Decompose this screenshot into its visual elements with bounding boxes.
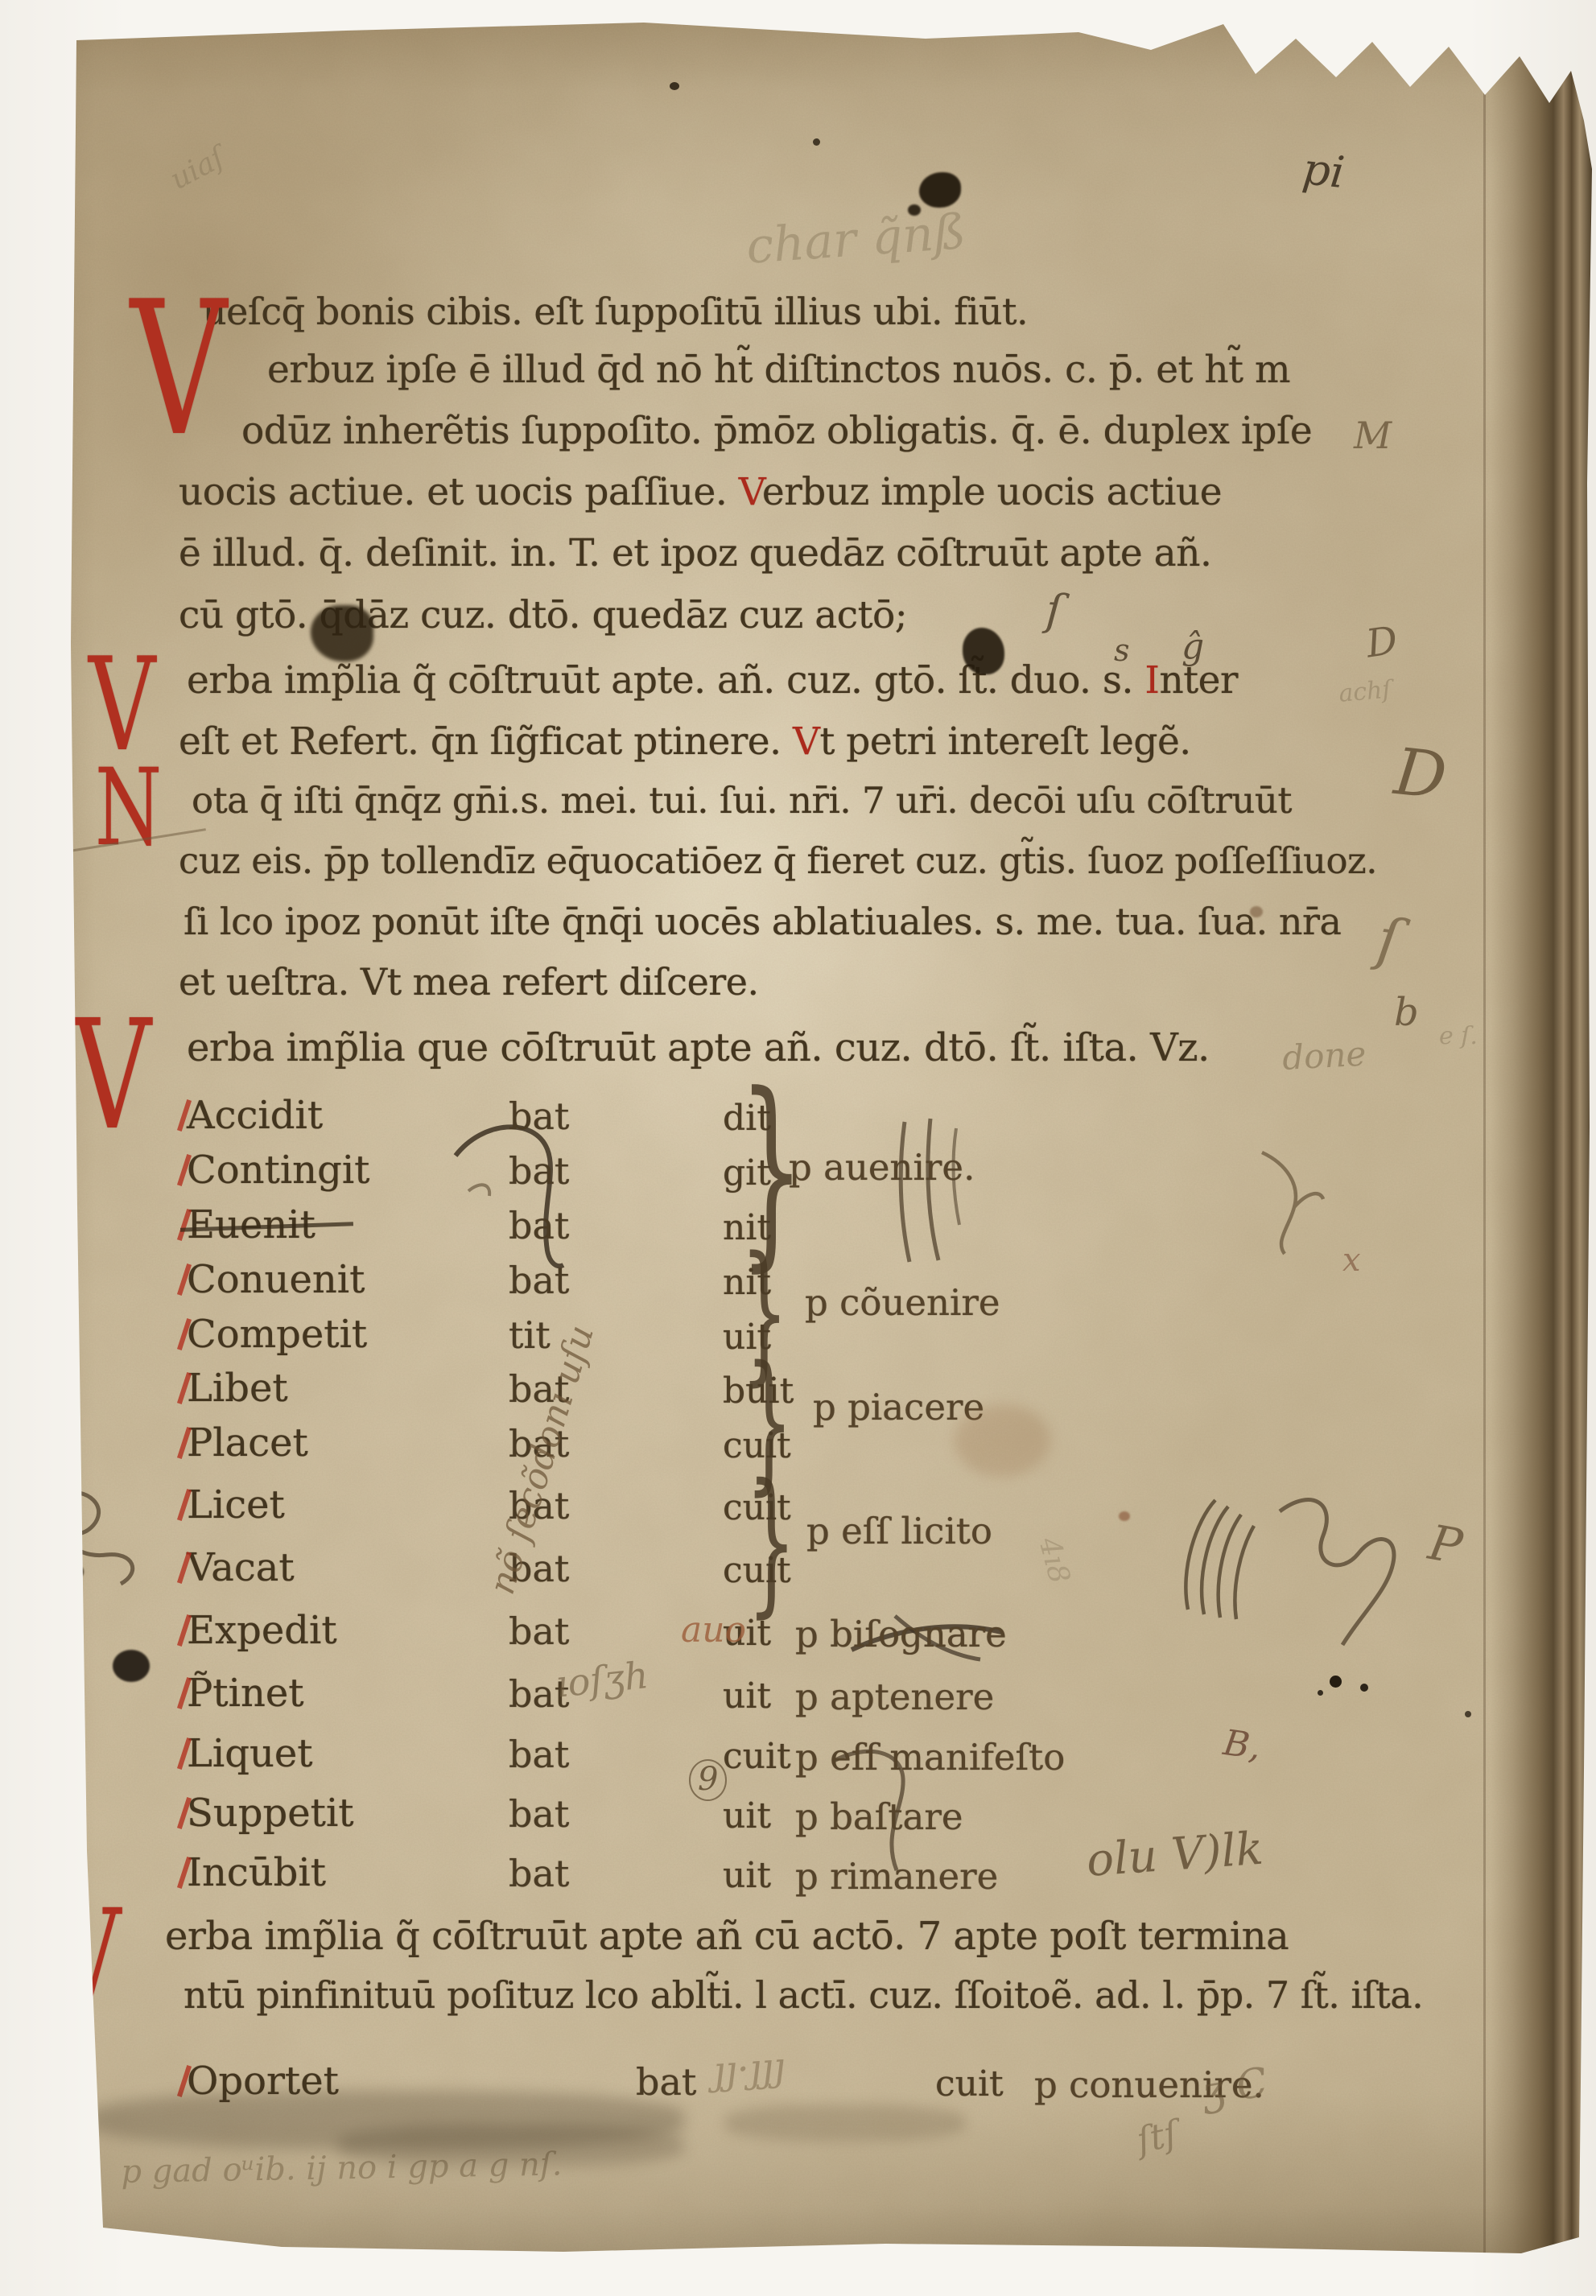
brace-euenire-gloss: p auenire. — [789, 1146, 975, 1189]
line-11: ſi lco ipoz ponūt iſte q̄nq̄i uocēs abla… — [184, 900, 1341, 943]
line-06: cū gtō. q̄dāz cuz. dtō. quedāz cuz actō; — [179, 593, 907, 637]
line-05-part: ē illud. q̄. deſinit. in. T. et ipoz que… — [179, 531, 1211, 575]
table-suffix: bat — [509, 1094, 569, 1138]
initial-verba-2: V — [72, 1016, 151, 1136]
table-verb-libet: Libet — [187, 1366, 288, 1411]
marg-achs-faint: achſ — [1338, 675, 1392, 708]
line-04-part: V — [739, 470, 762, 514]
table-gloss: p biſognare — [795, 1613, 1007, 1655]
line-12: et ueſtra. Vt mea refert diſcere. — [179, 960, 759, 1004]
line-15: ntū pinfinituū poſituz lco ablt̃i. l act… — [184, 1973, 1423, 2017]
marg-g-mark: ĝ — [1182, 626, 1204, 667]
table-suffix: bat — [509, 1792, 569, 1836]
blob-mid — [963, 628, 1004, 674]
table-suffix: bat — [509, 1204, 569, 1247]
table-verb-placet: Placet — [187, 1420, 308, 1465]
table-verb-conuenit: Conuenit — [187, 1257, 365, 1302]
book-gutter-edge — [1491, 0, 1592, 2296]
right-margin-hatch-doodle — [1172, 1489, 1276, 1626]
table-verb-competit: Competit — [187, 1312, 367, 1357]
line-11-part: ſi lco ipoz ponūt iſte q̄nq̄i uocēs abla… — [184, 900, 1341, 943]
line-04-part: uocis actiue. et uocis paſſiue. — [179, 470, 739, 514]
dot-right-3 — [1318, 1690, 1323, 1696]
line-04: uocis actiue. et uocis paſſiue. Verbuz i… — [179, 470, 1222, 514]
gutter-fold-line — [1483, 48, 1486, 2253]
line-09-part: ota q̄ iſti q̄nq̄z gn̄i.s. mei. tui. ſui… — [192, 779, 1292, 822]
table-gloss: p rimanere — [795, 1855, 998, 1898]
line-13-part: erba imp̃lia que cōſtruūt apte añ. cuz. … — [187, 1025, 1210, 1070]
stain-licet — [1119, 1511, 1130, 1521]
table-verb-accidit: Accidit — [187, 1093, 323, 1138]
initial-verbum-1: V — [130, 296, 227, 444]
table-suffix: bat — [509, 1149, 569, 1193]
brace-licito-gloss: p eſſ licito — [806, 1510, 992, 1552]
line-02-part: erbuz ipſe ē illud q̄d nō ht̃ diſtinctos… — [267, 348, 1290, 392]
line-15-part: ntū pinfinituū poſituz lco ablt̃i. l act… — [184, 1973, 1423, 2017]
dot-right-2 — [1360, 1684, 1368, 1692]
right-margin-loops-doodle — [1264, 1479, 1441, 1672]
line-03-part: odūz inherẽtis ſuppoſito. p̄mōz obligati… — [241, 409, 1312, 453]
blob-top-1 — [919, 172, 961, 208]
table-ending: uit — [723, 1855, 771, 1896]
marg-bottom-right-squiggle: ſtſ — [1133, 2113, 1182, 2162]
table-verb-liquet: Liquet — [187, 1731, 313, 1776]
table-verb-contingit: Contingit — [187, 1148, 369, 1193]
stain-piacere — [954, 1404, 1050, 1477]
dot-right-1 — [1330, 1676, 1342, 1688]
speck-top-1 — [813, 138, 820, 146]
line-08: eſt et Refert. q̄n ſig̃ficat ptinere. Vt… — [179, 719, 1191, 764]
table-suffix: bat — [509, 1852, 569, 1895]
table-suffix: bat — [509, 1259, 569, 1302]
line-14: erba imp̃lia q̃ cōſtruūt apte añ cū actō… — [165, 1914, 1289, 1959]
marg-oportet-scribble: ȷȷ·ȷȷȷ — [711, 2044, 786, 2094]
marg-top-left-faint: uiaſ — [165, 141, 230, 196]
table-verb-incbit: Incūbit — [187, 1850, 326, 1895]
marg-p-mark: P — [1425, 1515, 1466, 1576]
marg-auo: auo — [681, 1610, 746, 1651]
marg-d-small: D — [1363, 618, 1400, 667]
line-05: ē illud. q̄. deſinit. in. T. et ipoz que… — [179, 531, 1211, 575]
table-verb-ptinet: P̃tinet — [187, 1671, 304, 1716]
table-verb-vacat: Vacat — [187, 1545, 295, 1590]
marg-d-big: D — [1391, 734, 1450, 814]
stain-line11 — [1250, 906, 1263, 917]
line-01-part: ueſcq̄ bonis cibis. eſt ſuppoſitū illius… — [203, 290, 1028, 333]
parchment-page: ueſcq̄ bonis cibis. eſt ſuppoſitū illius… — [0, 0, 1596, 2296]
blob-top-2 — [908, 204, 921, 216]
table-verb-expedit: Expedit — [187, 1608, 337, 1653]
initial-verba-1: V — [89, 653, 155, 756]
table-ending: uit — [723, 1795, 771, 1836]
marg-done: done — [1281, 1034, 1367, 1078]
marg-x-mark: x — [1342, 1242, 1361, 1279]
table-verb-licet: Licet — [187, 1482, 285, 1527]
marg-pertinet-scribble: ıoſʒh — [554, 1653, 650, 1706]
table-ending: uit — [723, 1676, 771, 1717]
marg-line6-s: ſ — [1045, 584, 1064, 636]
line-08-part: eſt et Refert. q̄n ſig̃ficat ptinere. — [179, 719, 793, 764]
smudge-bottom-3 — [724, 2104, 966, 2141]
contingit-flourish-doodle — [444, 1114, 605, 1275]
marg-olu-cursive: olu V)lk — [1085, 1823, 1265, 1887]
manuscript-scan: { "document": { "kind": "medieval-manusc… — [0, 0, 1596, 2296]
table-ending: cuit — [935, 2063, 1004, 2104]
line-13: erba imp̃lia que cōſtruūt apte añ. cuz. … — [187, 1025, 1210, 1070]
line-08-part: t petri intereſt legẽ. — [819, 719, 1190, 764]
brace-licito: } — [747, 1479, 797, 1604]
line-08-part: V — [793, 719, 819, 764]
marg-nine-circled: 9 — [689, 1759, 727, 1801]
line-06-part: cū gtō. q̄dāz cuz. dtō. quedāz cuz actō; — [179, 593, 907, 637]
line-10-part: cuz eis. p̄p tollendīz eq̄uocatiōez q̄ f… — [179, 839, 1377, 882]
parallel-strokes-doodle — [885, 1112, 982, 1273]
line-01: ueſcq̄ bonis cibis. eſt ſuppoſitū illius… — [203, 290, 1028, 333]
line-03: odūz inherẽtis ſuppoſito. p̄mōz obligati… — [241, 409, 1312, 453]
line-07: erba imp̃lia q̃ cōſtruūt apte. añ. cuz. … — [187, 658, 1238, 703]
smudge-bottom-2 — [338, 2125, 684, 2166]
marg-m-mark: M — [1354, 414, 1392, 457]
line-02: erbuz ipſe ē illud q̄d nō ht̃ diſtinctos… — [267, 348, 1290, 392]
blob-line6 — [311, 605, 373, 662]
marg-b-comma: B, — [1221, 1722, 1264, 1768]
marg-top-right-pi: pi — [1300, 143, 1346, 198]
speck-top-2 — [670, 82, 679, 90]
line-10: cuz eis. p̄p tollendīz eq̄uocatiōez q̄ f… — [179, 839, 1377, 882]
table-gloss: p aptenere — [795, 1676, 994, 1718]
line-14-part: erba imp̃lia q̃ cōſtruūt apte añ cū actō… — [165, 1914, 1289, 1959]
line-12-part: et ueſtra. Vt mea refert diſcere. — [179, 960, 759, 1004]
brace-conuenire-gloss: p cõuenire — [805, 1281, 1000, 1324]
brace-piacere-gloss: p piacere — [813, 1386, 984, 1428]
marg-418-faint: 4ı8 — [1032, 1534, 1075, 1587]
line-04-part: erbuz imple uocis actiue — [762, 470, 1222, 514]
line-09: ota q̄ iſti q̄nq̄z gn̄i.s. mei. tui. ſui… — [192, 779, 1292, 822]
y-flourish-doodle — [1243, 1140, 1331, 1260]
marg-b-mark: b — [1394, 990, 1419, 1035]
blob-expedit — [113, 1650, 150, 1682]
marg-top-center-inscription: char q̃nß — [744, 204, 967, 275]
table-verb-suppetit: Suppetit — [187, 1791, 354, 1836]
marg-s-mark: s — [1114, 633, 1130, 668]
dot-right-4 — [1465, 1711, 1471, 1717]
table-suffix: tit — [509, 1313, 551, 1357]
table-suffix: bat — [509, 1733, 569, 1776]
marg-long-s: ſ — [1373, 905, 1404, 975]
table-suffix: bat — [509, 1610, 569, 1653]
line-07-part: I — [1144, 658, 1159, 703]
table-gloss: p baſtare — [795, 1795, 963, 1838]
table-gloss: p eſſ manifeſto — [795, 1736, 1065, 1779]
table-ending: cuit — [723, 1736, 791, 1777]
table-suffix: bat — [636, 2060, 696, 2104]
marg-e-s-faint: e ſ. — [1439, 1022, 1478, 1050]
